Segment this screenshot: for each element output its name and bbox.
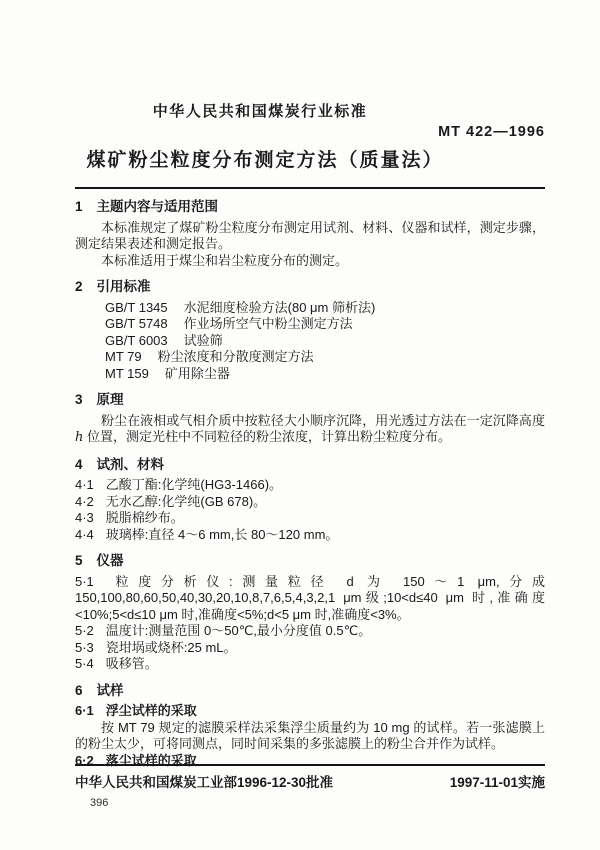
- section-number: 2: [75, 279, 83, 294]
- clause-text: 脱脂棉纱布。: [106, 510, 184, 525]
- referenced-standard: GB/T 1345水泥细度检验方法(80 μm 筛析法): [105, 300, 545, 317]
- section-title: 仪器: [97, 553, 124, 568]
- section-title: 原理: [97, 392, 124, 407]
- standard-code: GB/T 6003: [105, 333, 168, 348]
- section-number: 1: [75, 199, 83, 214]
- clause-number: 4·2: [75, 494, 94, 509]
- subsection-heading-6-1: 6·1浮尘试样的采取: [75, 703, 545, 720]
- section-title: 引用标准: [97, 279, 151, 294]
- section1-paragraph-2: 本标准适用于煤尘和岩尘粒度分布的测定。: [75, 253, 545, 270]
- clause-4-4: 4·4玻璃棒:直径 4～6 mm,长 80～120 mm。: [75, 527, 545, 544]
- referenced-standards-list: GB/T 1345水泥细度检验方法(80 μm 筛析法) GB/T 5748作业…: [105, 300, 545, 383]
- section-title: 试剂、材料: [97, 457, 165, 472]
- clause-5-1: 5·1粒度分析仪:测量粒径 d 为 150～1 μm,分成 150,100,80…: [75, 574, 545, 624]
- document-title: 煤矿粉尘粒度分布测定方法（质量法）: [0, 145, 565, 172]
- clause-number: 4·4: [75, 527, 94, 542]
- section1-paragraph-1: 本标准规定了煤矿粉尘粒度分布测定用试剂、材料、仪器和试样，测定步骤，测定结果表述…: [75, 220, 545, 253]
- clause-number: 4·1: [75, 477, 94, 492]
- section-number: 5: [75, 553, 83, 568]
- clause-4-1: 4·1乙酸丁酯:化学纯(HG3-1466)。: [75, 477, 545, 494]
- section-title: 试样: [97, 683, 124, 698]
- clause-text: 玻璃棒:直径 4～6 mm,长 80～120 mm。: [106, 527, 339, 542]
- section6-paragraph: 按 MT 79 规定的滤膜采样法采集浮尘质量约为 10 mg 的试样。若一张滤膜…: [75, 720, 545, 753]
- section-heading-2: 2引用标准: [75, 279, 545, 296]
- document-body: 1主题内容与适用范围 本标准规定了煤矿粉尘粒度分布测定用试剂、材料、仪器和试样，…: [75, 199, 545, 769]
- section-heading-5: 5仪器: [75, 553, 545, 570]
- clause-text: 乙酸丁酯:化学纯(HG3-1466)。: [106, 477, 282, 492]
- clause-text: 无水乙醇:化学纯(GB 678)。: [106, 494, 266, 509]
- standard-name: 水泥细度检验方法(80 μm 筛析法): [184, 300, 376, 315]
- clause-5-2: 5·2温度计:测量范围 0～50℃,最小分度值 0.5℃。: [75, 623, 545, 640]
- standard-name: 粉尘浓度和分散度测定方法: [158, 349, 314, 364]
- subsection-title: 浮尘试样的采取: [106, 703, 197, 718]
- clause-number: 6·1: [75, 703, 94, 718]
- page-number: 396: [90, 797, 108, 809]
- section-heading-4: 4试剂、材料: [75, 457, 545, 474]
- paragraph-text: 位置，测定光柱中不同粒径的粉尘浓度，计算出粉尘粒度分布。: [83, 429, 451, 444]
- standard-number: MT 422—1996: [0, 124, 600, 140]
- section-number: 4: [75, 457, 83, 472]
- paragraph-text: 粉尘在液相或气相介质中按粒径大小顺序沉降，用光透过方法在一定沉降高度: [101, 413, 545, 428]
- clause-number: 5·3: [75, 640, 94, 655]
- standard-document-page: 中华人民共和国煤炭行业标准 MT 422—1996 煤矿粉尘粒度分布测定方法（质…: [0, 0, 600, 850]
- clause-text: 吸移管。: [106, 656, 158, 671]
- standard-name: 矿用除尘器: [165, 366, 230, 381]
- clause-text: 温度计:测量范围 0～50℃,最小分度值 0.5℃。: [106, 623, 371, 638]
- section-heading-1: 1主题内容与适用范围: [75, 199, 545, 216]
- referenced-standard: GB/T 5748作业场所空气中粉尘测定方法: [105, 316, 545, 333]
- clause-number: 5·4: [75, 656, 94, 671]
- issuing-org-label: 中华人民共和国煤炭行业标准: [0, 100, 560, 121]
- section-number: 3: [75, 392, 83, 407]
- document-header: 中华人民共和国煤炭行业标准 MT 422—1996 煤矿粉尘粒度分布测定方法（质…: [0, 0, 600, 189]
- document-footer: 中华人民共和国煤炭工业部1996-12-30批准 1997-11-01实施: [75, 764, 545, 791]
- clause-number: 5·1: [75, 574, 94, 589]
- standard-name: 试验筛: [184, 333, 223, 348]
- standard-code: MT 79: [105, 349, 142, 364]
- referenced-standard: MT 159矿用除尘器: [105, 366, 545, 383]
- standard-name: 作业场所空气中粉尘测定方法: [184, 316, 353, 331]
- section-heading-3: 3原理: [75, 392, 545, 409]
- section-title: 主题内容与适用范围: [97, 199, 219, 214]
- approval-text: 中华人民共和国煤炭工业部1996-12-30批准: [75, 771, 333, 791]
- clause-number: 4·3: [75, 510, 94, 525]
- clause-4-3: 4·3脱脂棉纱布。: [75, 510, 545, 527]
- standard-code: MT 159: [105, 366, 149, 381]
- clause-number: 5·2: [75, 623, 94, 638]
- header-divider: [75, 187, 545, 189]
- section-heading-6: 6试样: [75, 683, 545, 700]
- standard-code: GB/T 1345: [105, 300, 168, 315]
- clause-4-2: 4·2无水乙醇:化学纯(GB 678)。: [75, 494, 545, 511]
- standard-code: GB/T 5748: [105, 316, 168, 331]
- clause-5-4: 5·4吸移管。: [75, 656, 545, 673]
- section-number: 6: [75, 683, 83, 698]
- implementation-date: 1997-11-01实施: [450, 771, 545, 791]
- clause-5-3: 5·3瓷坩埚或烧杯:25 mL。: [75, 640, 545, 657]
- clause-text: 瓷坩埚或烧杯:25 mL。: [106, 640, 237, 655]
- section3-paragraph: 粉尘在液相或气相介质中按粒径大小顺序沉降，用光透过方法在一定沉降高度 h 位置，…: [75, 413, 545, 447]
- referenced-standard: MT 79粉尘浓度和分散度测定方法: [105, 349, 545, 366]
- clause-text: 粒度分析仪:测量粒径 d 为 150～1 μm,分成 150,100,80,60…: [75, 574, 545, 622]
- referenced-standard: GB/T 6003试验筛: [105, 333, 545, 350]
